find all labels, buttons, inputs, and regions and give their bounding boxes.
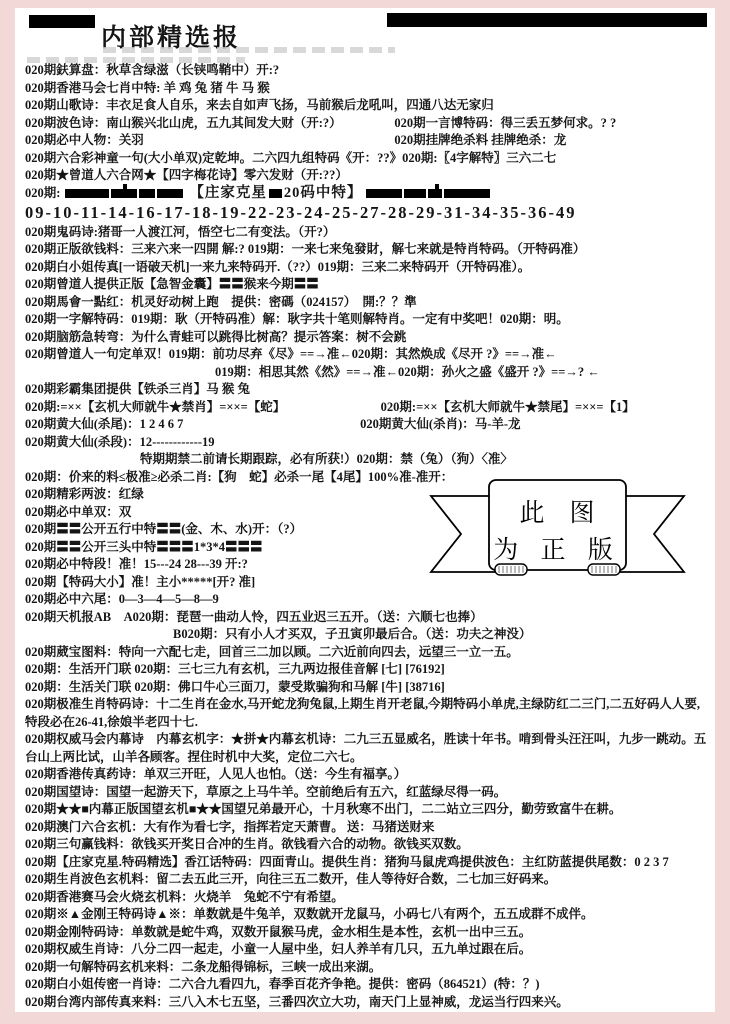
report-line: 020期脑筋急转弯：为什么青蛙可以跳得比树高？提示答案：树不会跳 <box>25 329 709 347</box>
report-line: 020期必中人物：关羽020期挂牌绝杀料 挂牌绝杀：龙 <box>25 132 709 150</box>
banker-bars-row: 020期:【庄家克星20码中特】 <box>25 185 709 202</box>
report-line: 020期白小姐传真[一语破天机]一来九来特码开.（??）019期：三来二来特码开… <box>25 259 709 277</box>
bar-segment <box>444 189 490 198</box>
report-line: 020期波色诗：南山猴兴北山虎，五九其间发大财（开:?）020期一言博特码：得三… <box>25 115 709 133</box>
bar-segment <box>111 189 137 198</box>
ribbon-roll-left <box>495 564 527 575</box>
left-column-text: 020期波色诗：南山猴兴北山虎，五九其间发大财（开:?） <box>25 116 342 130</box>
left-column-text: 020期必中人物：关羽 <box>25 133 144 147</box>
report-line: 020期曾道人一句定单双！019期：前功尽弃《尽》==→准←020期：其然焕成《… <box>25 346 709 364</box>
right-column-text: 020期:=××【玄机大师就牛★禁尾】=××=【1】 <box>381 399 635 417</box>
report-line: 020期彩霸集团提供【铁杀三肖】马 猴 兔 <box>25 381 709 399</box>
report-line: 020期三句赢钱料：欲钱买开奖日合冲的生肖。欲钱看六合的动物。欲钱买双数。 <box>25 836 709 854</box>
report-line: 020期黄大仙(杀段)：12------------19 <box>25 434 709 452</box>
report-line: 020期六合彩神童一句(大小单双)定乾坤。二六四九组特码《开：??》020期:〖… <box>25 150 709 168</box>
report-line: 020期黄大仙(杀尾)：1 2 4 6 7020期黄大仙(杀肖)：马-羊-龙 <box>25 416 709 434</box>
report-line: 019期：相思其然《然》==→准←020期：孙火之盛《盛开 ?》==→? ← <box>25 364 709 382</box>
masthead-bar-right <box>387 13 707 27</box>
watermark-strip <box>103 47 395 53</box>
report-line: 020期鬼码诗:猪哥一人渡江河，悟空七二有变法。（开?） <box>25 224 709 242</box>
report-line: 020期澳门六合玄机：大有作为看七字，指挥若定天萧曹。 送：马猪送财来 <box>25 819 709 837</box>
authenticity-ribbon: 此 图 为 正 版 <box>425 476 690 594</box>
report-line: 020期极准生肖特码诗：十二生肖在金水,马开蛇龙狗兔鼠,上期生肖开老鼠,今期特码… <box>25 696 709 731</box>
report-line: 020期曾道人提供正版【急智金囊】〓〓猴来今期〓〓 <box>25 276 709 294</box>
bar-segment <box>428 189 442 198</box>
left-column-text: 020期黄大仙(杀尾)：1 2 4 6 7 <box>25 417 183 431</box>
report-line: 020期香港马会七肖中特: 羊 鸡 兔 猪 牛 马 猴 <box>25 80 709 98</box>
report-line: B020期：只有小人才买双，子丑寅卯最后合。（送：功夫之神没） <box>25 626 709 644</box>
report-line: 020期权威生肖诗：八分二四一起走，小童一人屋中坐，妇人养羊有几只，五九单过跟在… <box>25 941 709 959</box>
ribbon-roll-right <box>588 564 620 575</box>
report-line: 020期葳宝图料：特向一六配七走，回首三二加以顾。二六近前向四去，远望三一立一五… <box>25 644 709 662</box>
numbers-row: 09-10-11-14-16-17-18-19-22-23-24-25-27-2… <box>25 202 709 224</box>
right-column-text: 020期一言博特码：得三丢五梦何求。? ? <box>394 115 616 133</box>
report-line: 020期【庄家克星.特码精选】香江话特码：四面青山。提供生肖：猪狗马鼠虎鸡提供波… <box>25 854 709 872</box>
report-line: 020期★曾道人六合网★【四字梅花诗】零六发财（开:??） <box>25 167 709 185</box>
ribbon-tail-right <box>620 496 684 572</box>
right-column-text: 020期挂牌绝杀料 挂牌绝杀：龙 <box>394 132 566 150</box>
report-line: 020期台湾内部传真来料：三八入木七五坚，三番四次立大功，南天门上显神威，龙运当… <box>25 994 709 1012</box>
black-square-icon <box>269 189 282 198</box>
report-line: 020期一字解特码：019期：耿（开特码准）解：耿字共十笔则解特肖。一定有中奖吧… <box>25 311 709 329</box>
ribbon-text-line1: 此 图 <box>519 499 594 527</box>
bar-segment <box>65 189 109 198</box>
report-line: 020期一句解特码玄机来料：二条龙船得锦标，三峡一成出来湖。 <box>25 959 709 977</box>
ribbon-graphic: 此 图 为 正 版 <box>425 476 690 594</box>
report-line: 020期★★■内幕正版国望玄机■★★国望兄弟最开心，十月秋寒不出门，二二站立三四… <box>25 801 709 819</box>
report-line: 020期白小姐传密一肖诗：二六合九看四九，春季百花齐争艳。提供：密码（86452… <box>25 976 709 994</box>
report-line: 020期：生活关门联 020期：佛口牛心三面刀，蒙受欺骗狗和马解 [牛] [38… <box>25 679 709 697</box>
bars-prefix: 020期: <box>25 186 60 200</box>
report-line: 020期山歌诗：丰衣足食人自乐，来去自如声飞扬，马前猴后龙吼叫，四通八达无家归 <box>25 97 709 115</box>
bar-segment <box>404 189 426 198</box>
report-line: 020期香港传真药诗：单双三开旺，人见人也怕。（送：今生有福享。） <box>25 766 709 784</box>
report-line: 020期馬會一點红：机灵好动树上跑 提供：密碼（024157） 開:？？準 <box>25 294 709 312</box>
report-line: 020期生肖波色玄机料：留二去五此三开，向往三五二数开，佳人等待好合数，二七加三… <box>25 871 709 889</box>
bar-segment <box>139 189 155 198</box>
report-line: 020期※▲金刚王特码诗▲※：单数就是牛兔羊，双数就开龙鼠马，小码七八有两个，五… <box>25 906 709 924</box>
ribbon-text-line2: 为 正 版 <box>493 536 621 564</box>
report-line: 020期天机报AB A020期：琵琶一曲动人怜，四五业迟三五开。（送：六顺七也捧… <box>25 609 709 627</box>
masthead-bar-left <box>29 15 95 28</box>
paper: 内部精选报 020期鈇算盘：秋草含绿滋（长铗鸣鞘中）开:?020期香港马会七肖中… <box>15 8 715 1012</box>
report-line: 020期鈇算盘：秋草含绿滋（长铗鸣鞘中）开:? <box>25 62 709 80</box>
banker-label: 【庄家克星20码中特】 <box>189 185 362 201</box>
report-line: 020期金刚特码诗：单数就是蛇牛鸡，双数开鼠猴马虎，金水相生是本性，玄机一出中三… <box>25 924 709 942</box>
report-line: 020期正版欲钱料：三来六来一四開 解:? 019期：一来七来兔發財，解七来就是… <box>25 241 709 259</box>
bar-segment <box>366 189 402 198</box>
right-column-text: 020期黄大仙(杀肖)：马-羊-龙 <box>360 416 520 434</box>
bar-segment <box>157 189 183 198</box>
report-line: 特期期禁二前请长期跟踪，必有所获!）020期：禁（兔）（狗）〈准〉 <box>25 451 709 469</box>
report-line: 020期国望诗：国望一起游天下，草原之上马牛羊。空前绝后有五六，红蓝绿尽得一码。 <box>25 784 709 802</box>
report-line: 020期香港赛马会火烧玄机料：火烧羊 兔蛇不宁有希望。 <box>25 889 709 907</box>
left-column-text: 020期:=××【玄机大师就牛★禁肖】=××=【蛇】 <box>25 400 285 414</box>
report-line: 020期:=××【玄机大师就牛★禁肖】=××=【蛇】020期:=××【玄机大师就… <box>25 399 709 417</box>
ribbon-tail-left <box>431 496 495 572</box>
report-line: 020期权威马会内幕诗 内幕玄机字：★拼★内幕玄机诗：二九三五显威名，胜读十年书… <box>25 731 709 766</box>
masthead: 内部精选报 <box>15 8 715 60</box>
lottery-tip-sheet: { "colors": { "bg": "#f3d8d8", "paper": … <box>0 0 730 1024</box>
report-line: 020期：生活开门联 020期：三七三九有玄机，三九两边报佳音解 [七] [76… <box>25 661 709 679</box>
